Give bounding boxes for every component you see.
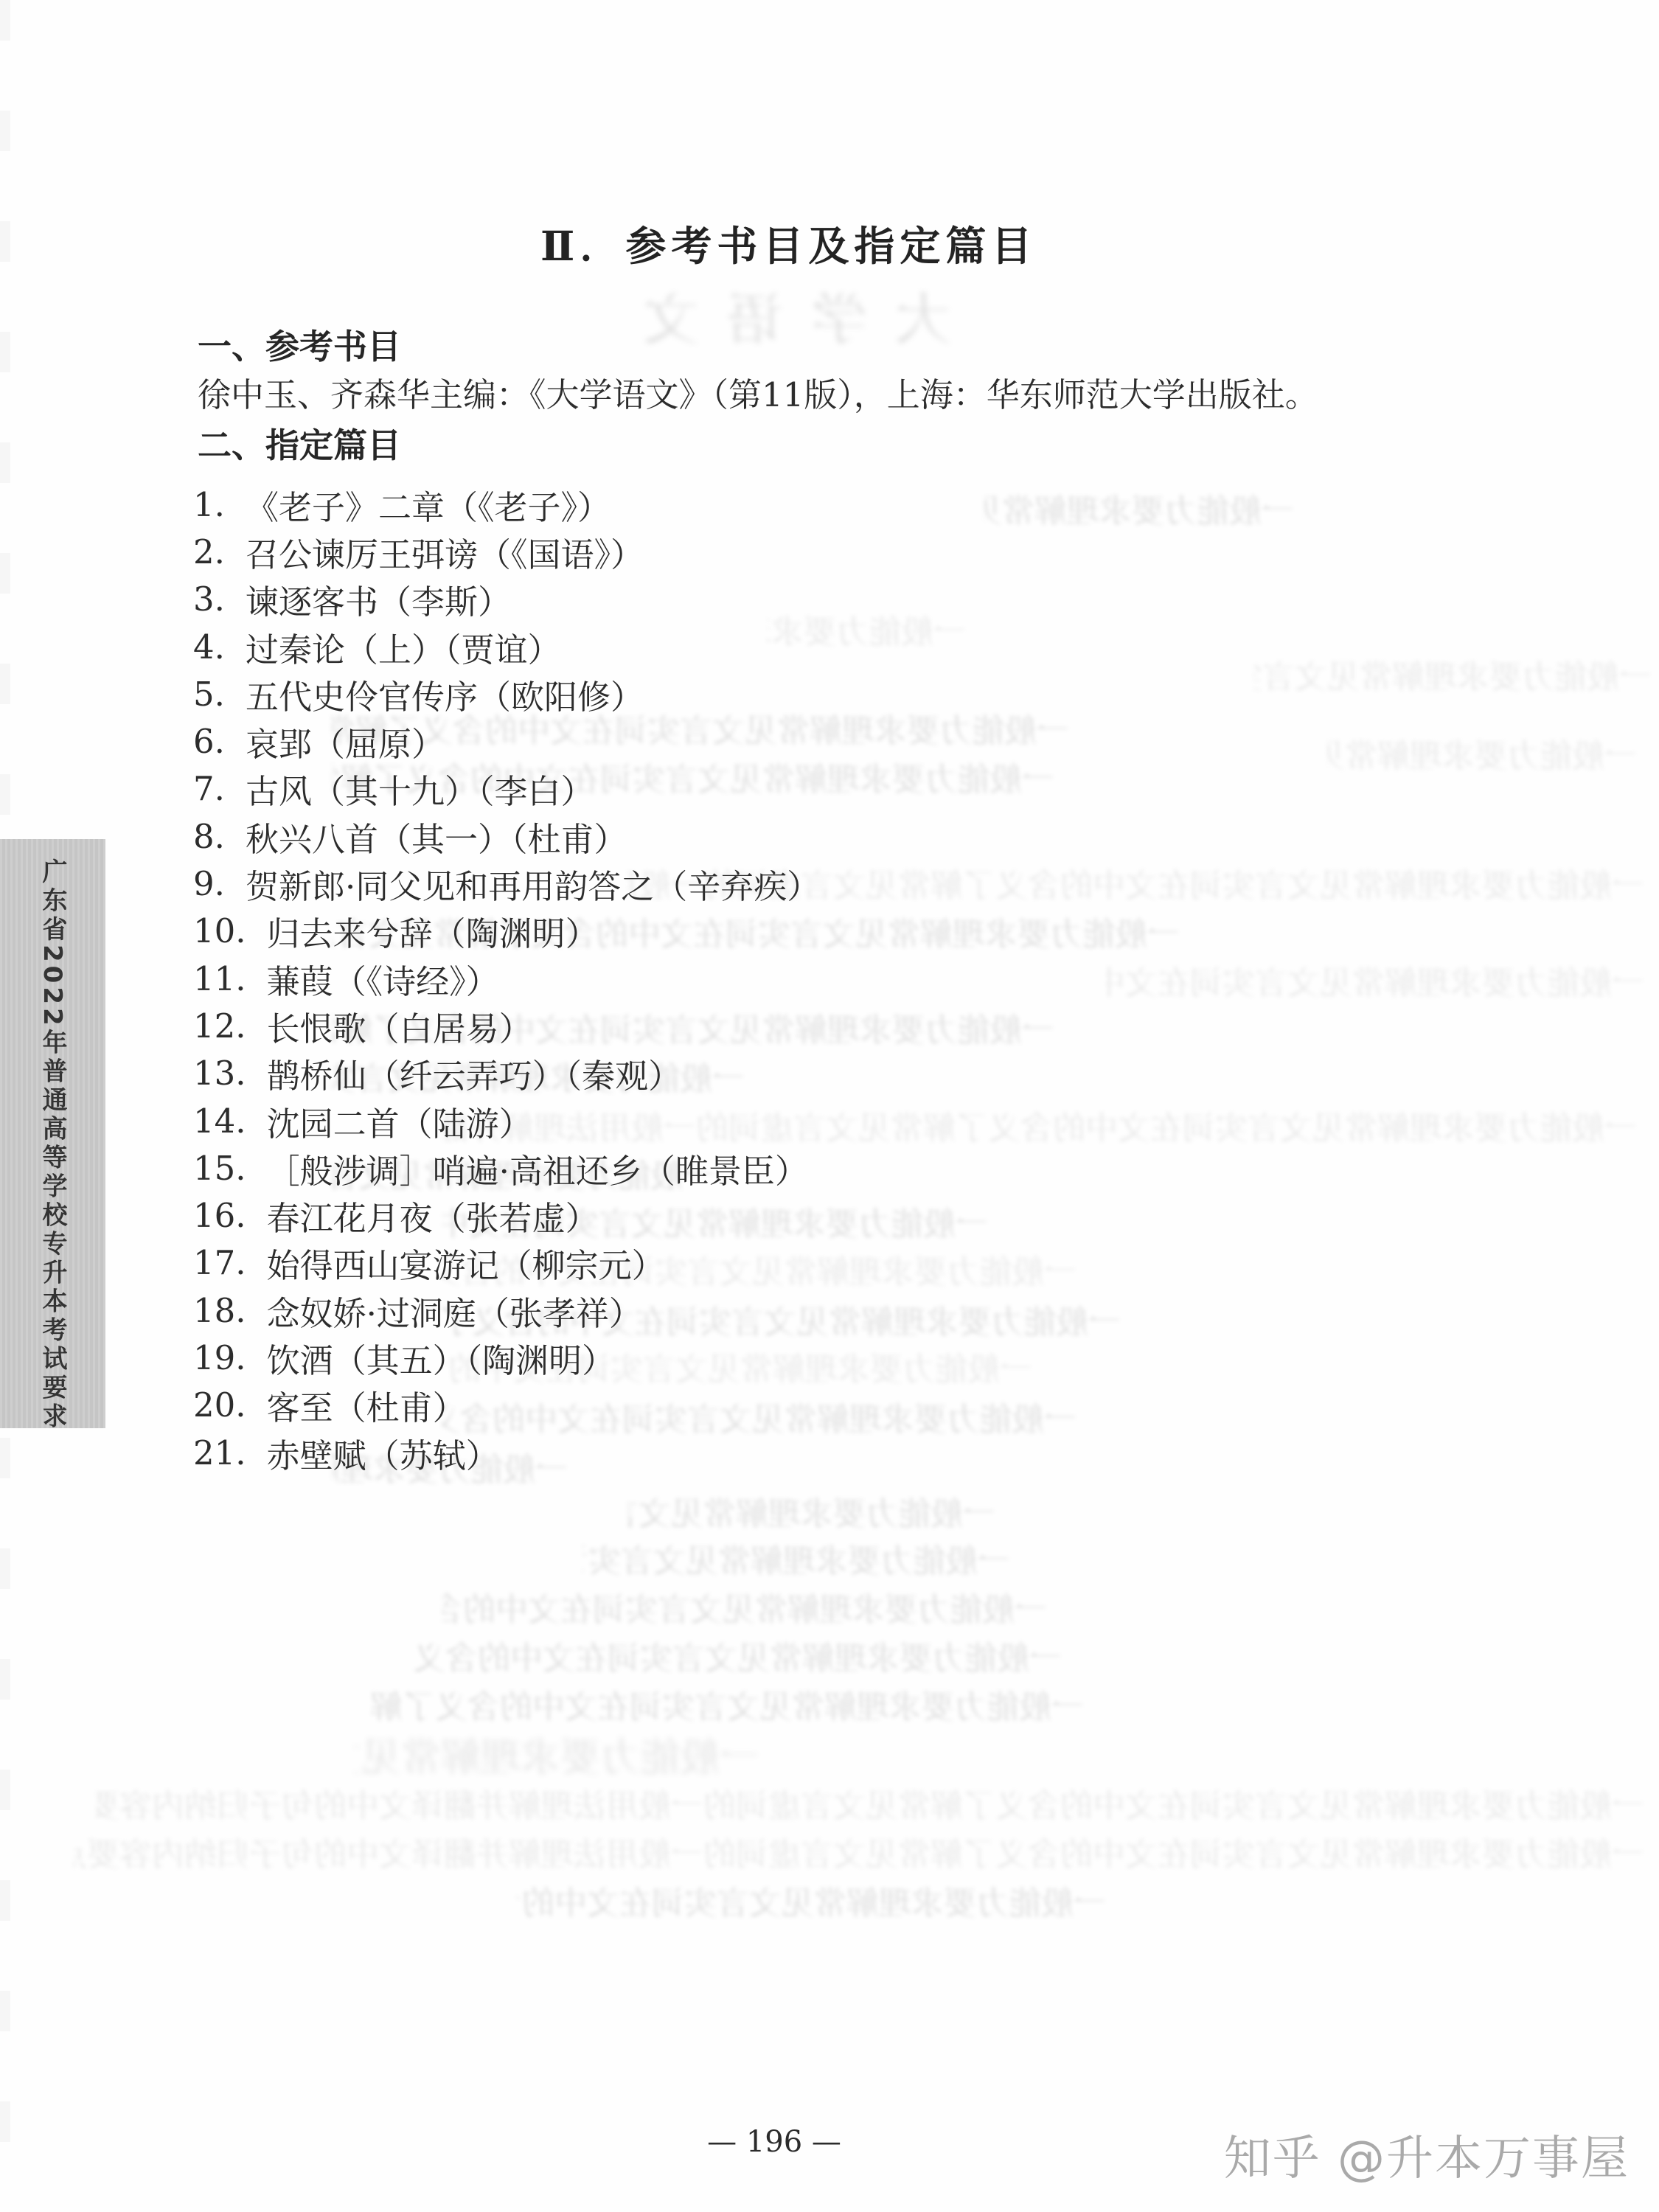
page-number: — 196 — [649,2125,900,2159]
left-edge-banner: 广东省2022年普通高等学校专升本考试要求 [0,839,105,1428]
banner-vertical-text: 广东省2022年普通高等学校专升本考试要求 [35,858,71,1432]
item-number: 21. [193,1433,246,1472]
bleedthrough-line: 一般能力要求理解常见文言实词在文中的含义了解常见文言虚词的一般用法理解并翻译文中… [582,1543,1010,1582]
list-item: 16.春江花月夜（张若虚） [193,1192,820,1239]
list-item: 4.过秦论（上）（贾谊） [193,623,820,670]
item-number: 5. [193,675,225,714]
item-text: 长恨歌（白居易） [267,1002,532,1050]
bleedthrough-line: 一般能力要求理解常见文言实词在文中的含义了解常见文言虚词的一般用法理解并翻译文中… [627,1495,995,1534]
item-text: 古风（其十九）（李白） [246,765,594,813]
bleedthrough-line: 一般能力要求理解常见文言实词在文中的含义了解常见文言虚词的一般用法理解并翻译文中… [96,1787,1644,1826]
bleedthrough-line: 一般能力要求理解常见文言实词在文中的含义了解常见文言虚词的一般用法理解并翻译文中… [984,493,1294,532]
bleedthrough-line: 一般能力要求理解常见文言实词在文中的含义了解常见文言虚词的一般用法理解并翻译文中… [516,1885,1106,1924]
item-text: 归去来兮辞（陶渊明） [267,907,599,955]
list-item: 3.谏逐客书（李斯） [193,576,820,623]
item-text: ［般涉调］哨遍·高祖还乡（睢景臣） [267,1144,808,1192]
item-text: 召公谏厉王弭谤（《国语》） [246,528,644,576]
item-number: 13. [193,1054,246,1093]
list-item: 21.赤壁赋（苏轼） [193,1429,820,1476]
item-number: 17. [193,1243,246,1282]
item-number: 6. [193,722,225,761]
list-item: 5.五代史伶官传序（欧阳修） [193,670,820,717]
item-text: 五代史伶官传序（欧阳修） [246,670,644,718]
item-text: 哀郢（屈原） [246,717,445,765]
item-number: 9. [193,864,225,903]
item-text: 蒹葭（《诗经》） [267,955,499,1003]
bleedthrough-line: 一般能力要求理解常见文言实词在文中的含义了解常见文言虚词的一般用法理解并翻译文中… [74,1836,1644,1875]
bleedthrough-line: 一般能力要求理解常见文言实词在文中的含义了解常见文言虚词的一般用法理解并翻译文中… [1253,658,1652,698]
item-text: 谏逐客书（李斯） [246,575,511,623]
item-number: 10. [193,911,246,950]
item-number: 2. [193,532,225,571]
item-text: 客至（杜甫） [267,1381,466,1429]
item-text: 饮酒（其五）（陶渊明） [267,1334,616,1382]
list-item: 6.哀郢（屈原） [193,717,820,765]
bleedthrough-line: 一般能力要求理解常见文言实词在文中的含义了解常见文言虚词的一般用法理解并翻译文中… [413,1640,1062,1679]
list-item: 7.古风（其十九）（李白） [193,765,820,813]
item-number: 16. [193,1196,246,1235]
list-item: 18.念奴娇·过洞庭（张孝祥） [193,1287,820,1334]
item-text: 始得西山宴游记（柳宗元） [267,1239,665,1287]
list-item: 13.鹊桥仙（纤云弄巧）（秦观） [193,1050,820,1097]
item-number: 7. [193,769,225,808]
list-item: 19.饮酒（其五）（陶渊明） [193,1334,820,1381]
item-text: 念奴娇·过洞庭（张孝祥） [267,1287,642,1335]
bleedthrough-line: 一般能力要求理解常见文言实词在文中的含义了解常见文言虚词的一般用法理解并翻译文中… [1106,964,1644,1004]
item-text: 沈园二首（陆游） [267,1097,532,1145]
item-text: 秋兴八首（其一）（杜甫） [246,813,627,860]
list-item: 14.沈园二首（陆游） [193,1097,820,1144]
item-text: 鹊桥仙（纤云弄巧）（秦观） [267,1049,682,1097]
item-number: 3. [193,580,225,619]
bleedthrough-line: 一般能力要求理解常见文言实词在文中的含义了解常见文言虚词的一般用法理解并翻译文中… [369,1688,1084,1728]
item-number: 19. [193,1338,246,1377]
list-item: 20.客至（杜甫） [193,1382,820,1429]
item-number: 20. [193,1385,246,1425]
list-item: 12.长恨歌（白居易） [193,1002,820,1049]
zhihu-watermark: 知乎 @升本万事屋 [1224,2121,1630,2188]
page-title: Ⅱ．参考书目及指定篇目 [540,214,1037,272]
item-text: 《老子》二章（《老子》） [246,481,611,529]
bleedthrough-line: 一般能力要求理解常见文言实词在文中的含义了解常见文言虚词的一般用法理解并翻译文中… [354,1734,759,1782]
bleedthrough-line: 一般能力要求理解常见文言实词在文中的含义了解常见文言虚词的一般用法理解并翻译文中… [1327,737,1637,776]
list-item: 9.贺新郎·同父见和再用韵答之（辛弃疾） [193,860,820,907]
item-number: 4. [193,627,225,667]
item-number: 11. [193,959,246,998]
list-item: 15.［般涉调］哨遍·高祖还乡（睢景臣） [193,1144,820,1192]
item-number: 15. [193,1149,246,1188]
list-item: 10.归去来兮辞（陶渊明） [193,908,820,955]
section-heading-reference-books: 一、参考书目 [198,320,401,369]
bleedthrough-title: 大学语文 [605,286,951,353]
item-text: 春江花月夜（张若虚） [267,1192,599,1239]
item-number: 14. [193,1102,246,1141]
item-text: 过秦论（上）（贾谊） [246,623,561,671]
section-heading-designated-texts: 二、指定篇目 [198,419,401,467]
reading-list: 1.《老子》二章（《老子》） 2.召公谏厉王弭谤（《国语》） 3.谏逐客书（李斯… [193,481,820,1476]
reference-book-line: 徐中玉、齐森华主编：《大学语文》（第11版），上海：华东师范大学出版社。 [198,368,1318,416]
list-item: 17.始得西山宴游记（柳宗元） [193,1239,820,1287]
list-item: 11.蒹葭（《诗经》） [193,955,820,1002]
list-item: 1.《老子》二章（《老子》） [193,481,820,528]
item-number: 1. [193,485,225,524]
item-number: 8. [193,817,225,856]
item-number: 18. [193,1291,246,1330]
item-text: 贺新郎·同父见和再用韵答之（辛弃疾） [246,860,820,908]
item-number: 12. [193,1006,246,1046]
scanned-book-page: 大学语文 一般能力要求理解常见文言实词在文中的含义了解常见文言虚词的一般用法理解… [0,0,1659,2212]
list-item: 8.秋兴八首（其一）（杜甫） [193,813,820,860]
bleedthrough-line: 一般能力要求理解常见文言实词在文中的含义了解常见文言虚词的一般用法理解并翻译文中… [442,1591,1047,1630]
item-text: 赤壁赋（苏轼） [267,1429,499,1477]
list-item: 2.召公谏厉王弭谤（《国语》） [193,528,820,575]
